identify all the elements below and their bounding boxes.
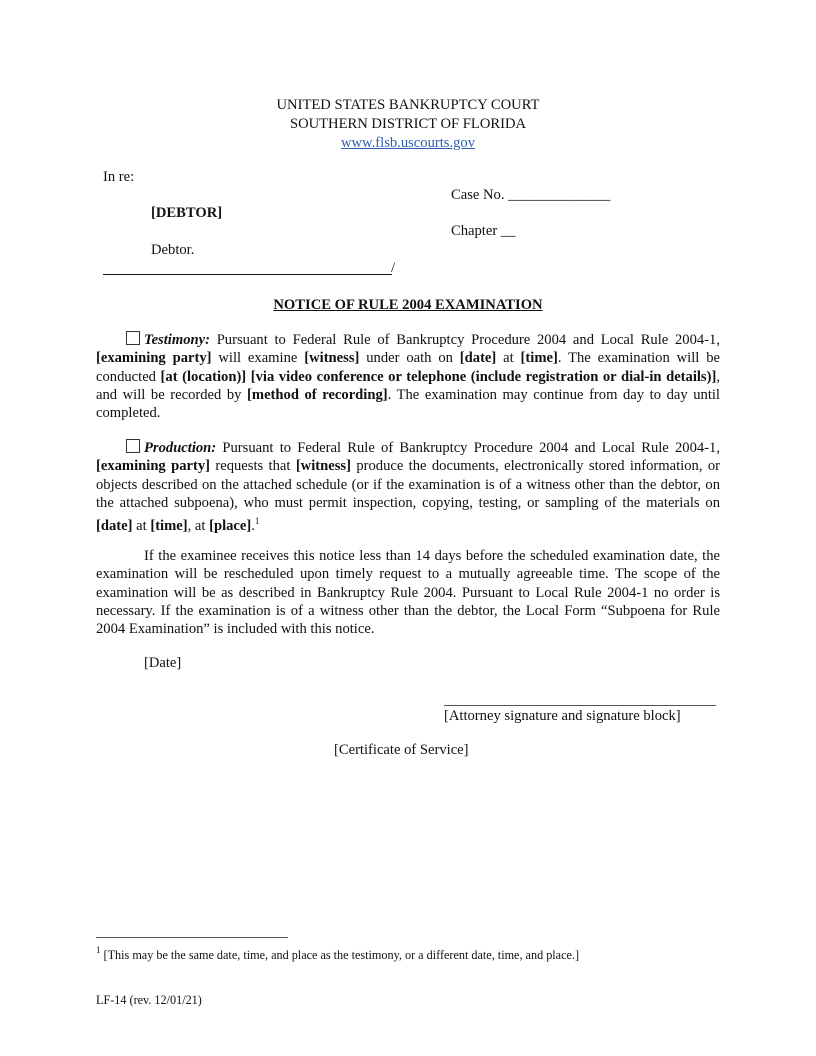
place-placeholder: [place]	[209, 518, 251, 534]
in-re-label: In re:	[103, 169, 134, 186]
witness-placeholder: [witness]	[304, 350, 359, 366]
signature-block: [Attorney signature and signature block]	[444, 708, 681, 725]
text: will examine	[212, 350, 305, 366]
location-placeholder: [at (location)] [via video conference or…	[161, 369, 717, 385]
time-placeholder: [time]	[521, 350, 558, 366]
text: requests that	[210, 458, 296, 474]
text: Pursuant to Federal Rule of Bankruptcy P…	[210, 332, 720, 348]
testimony-checkbox[interactable]	[126, 331, 140, 345]
court-name: UNITED STATES BANKRUPTCY COURT	[0, 96, 816, 115]
chapter-blank: __	[501, 223, 516, 239]
testimony-label: Testimony:	[144, 332, 210, 348]
chapter-label: Chapter	[451, 223, 497, 239]
certificate-of-service: [Certificate of Service]	[334, 742, 469, 759]
text: , at	[188, 518, 209, 534]
date-placeholder: [Date]	[144, 655, 181, 672]
case-number-field: Case No. ______________	[451, 187, 610, 204]
debtor-label: Debtor.	[151, 242, 194, 259]
text: at	[132, 518, 150, 534]
production-paragraph: Production: Pursuant to Federal Rule of …	[96, 439, 720, 535]
caption-slash: /	[391, 260, 395, 277]
court-district: SOUTHERN DISTRICT OF FLORIDA	[0, 115, 816, 134]
examining-party-placeholder: [examining party]	[96, 350, 212, 366]
court-website-link[interactable]: www.flsb.uscourts.gov	[341, 135, 475, 151]
debtor-placeholder: [DEBTOR]	[151, 205, 222, 222]
case-number-blank: ______________	[508, 187, 610, 203]
footnote-separator	[96, 937, 288, 938]
date-placeholder: [date]	[96, 518, 132, 534]
notice-paragraph: If the examinee receives this notice les…	[96, 547, 720, 638]
text: Pursuant to Federal Rule of Bankruptcy P…	[216, 440, 720, 456]
footnote-reference: 1	[255, 516, 260, 526]
examining-party-placeholder: [examining party]	[96, 458, 210, 474]
footnote: 1 [This may be the same date, time, and …	[96, 945, 579, 963]
form-identifier: LF-14 (rev. 12/01/21)	[96, 993, 202, 1008]
signature-line	[444, 705, 716, 706]
date-placeholder: [date]	[460, 350, 496, 366]
text: under oath on	[359, 350, 459, 366]
text: at	[496, 350, 520, 366]
case-number-label: Case No.	[451, 187, 505, 203]
chapter-field: Chapter __	[451, 223, 515, 240]
document-title: NOTICE OF RULE 2004 EXAMINATION	[273, 297, 542, 313]
testimony-paragraph: Testimony: Pursuant to Federal Rule of B…	[96, 331, 720, 422]
witness-placeholder: [witness]	[296, 458, 351, 474]
footnote-number: 1	[96, 945, 101, 955]
time-placeholder: [time]	[150, 518, 187, 534]
caption-rule	[103, 274, 392, 275]
production-checkbox[interactable]	[126, 439, 140, 453]
production-label: Production:	[144, 440, 216, 456]
footnote-text: [This may be the same date, time, and pl…	[104, 948, 579, 962]
recording-method-placeholder: [method of recording]	[247, 387, 388, 403]
